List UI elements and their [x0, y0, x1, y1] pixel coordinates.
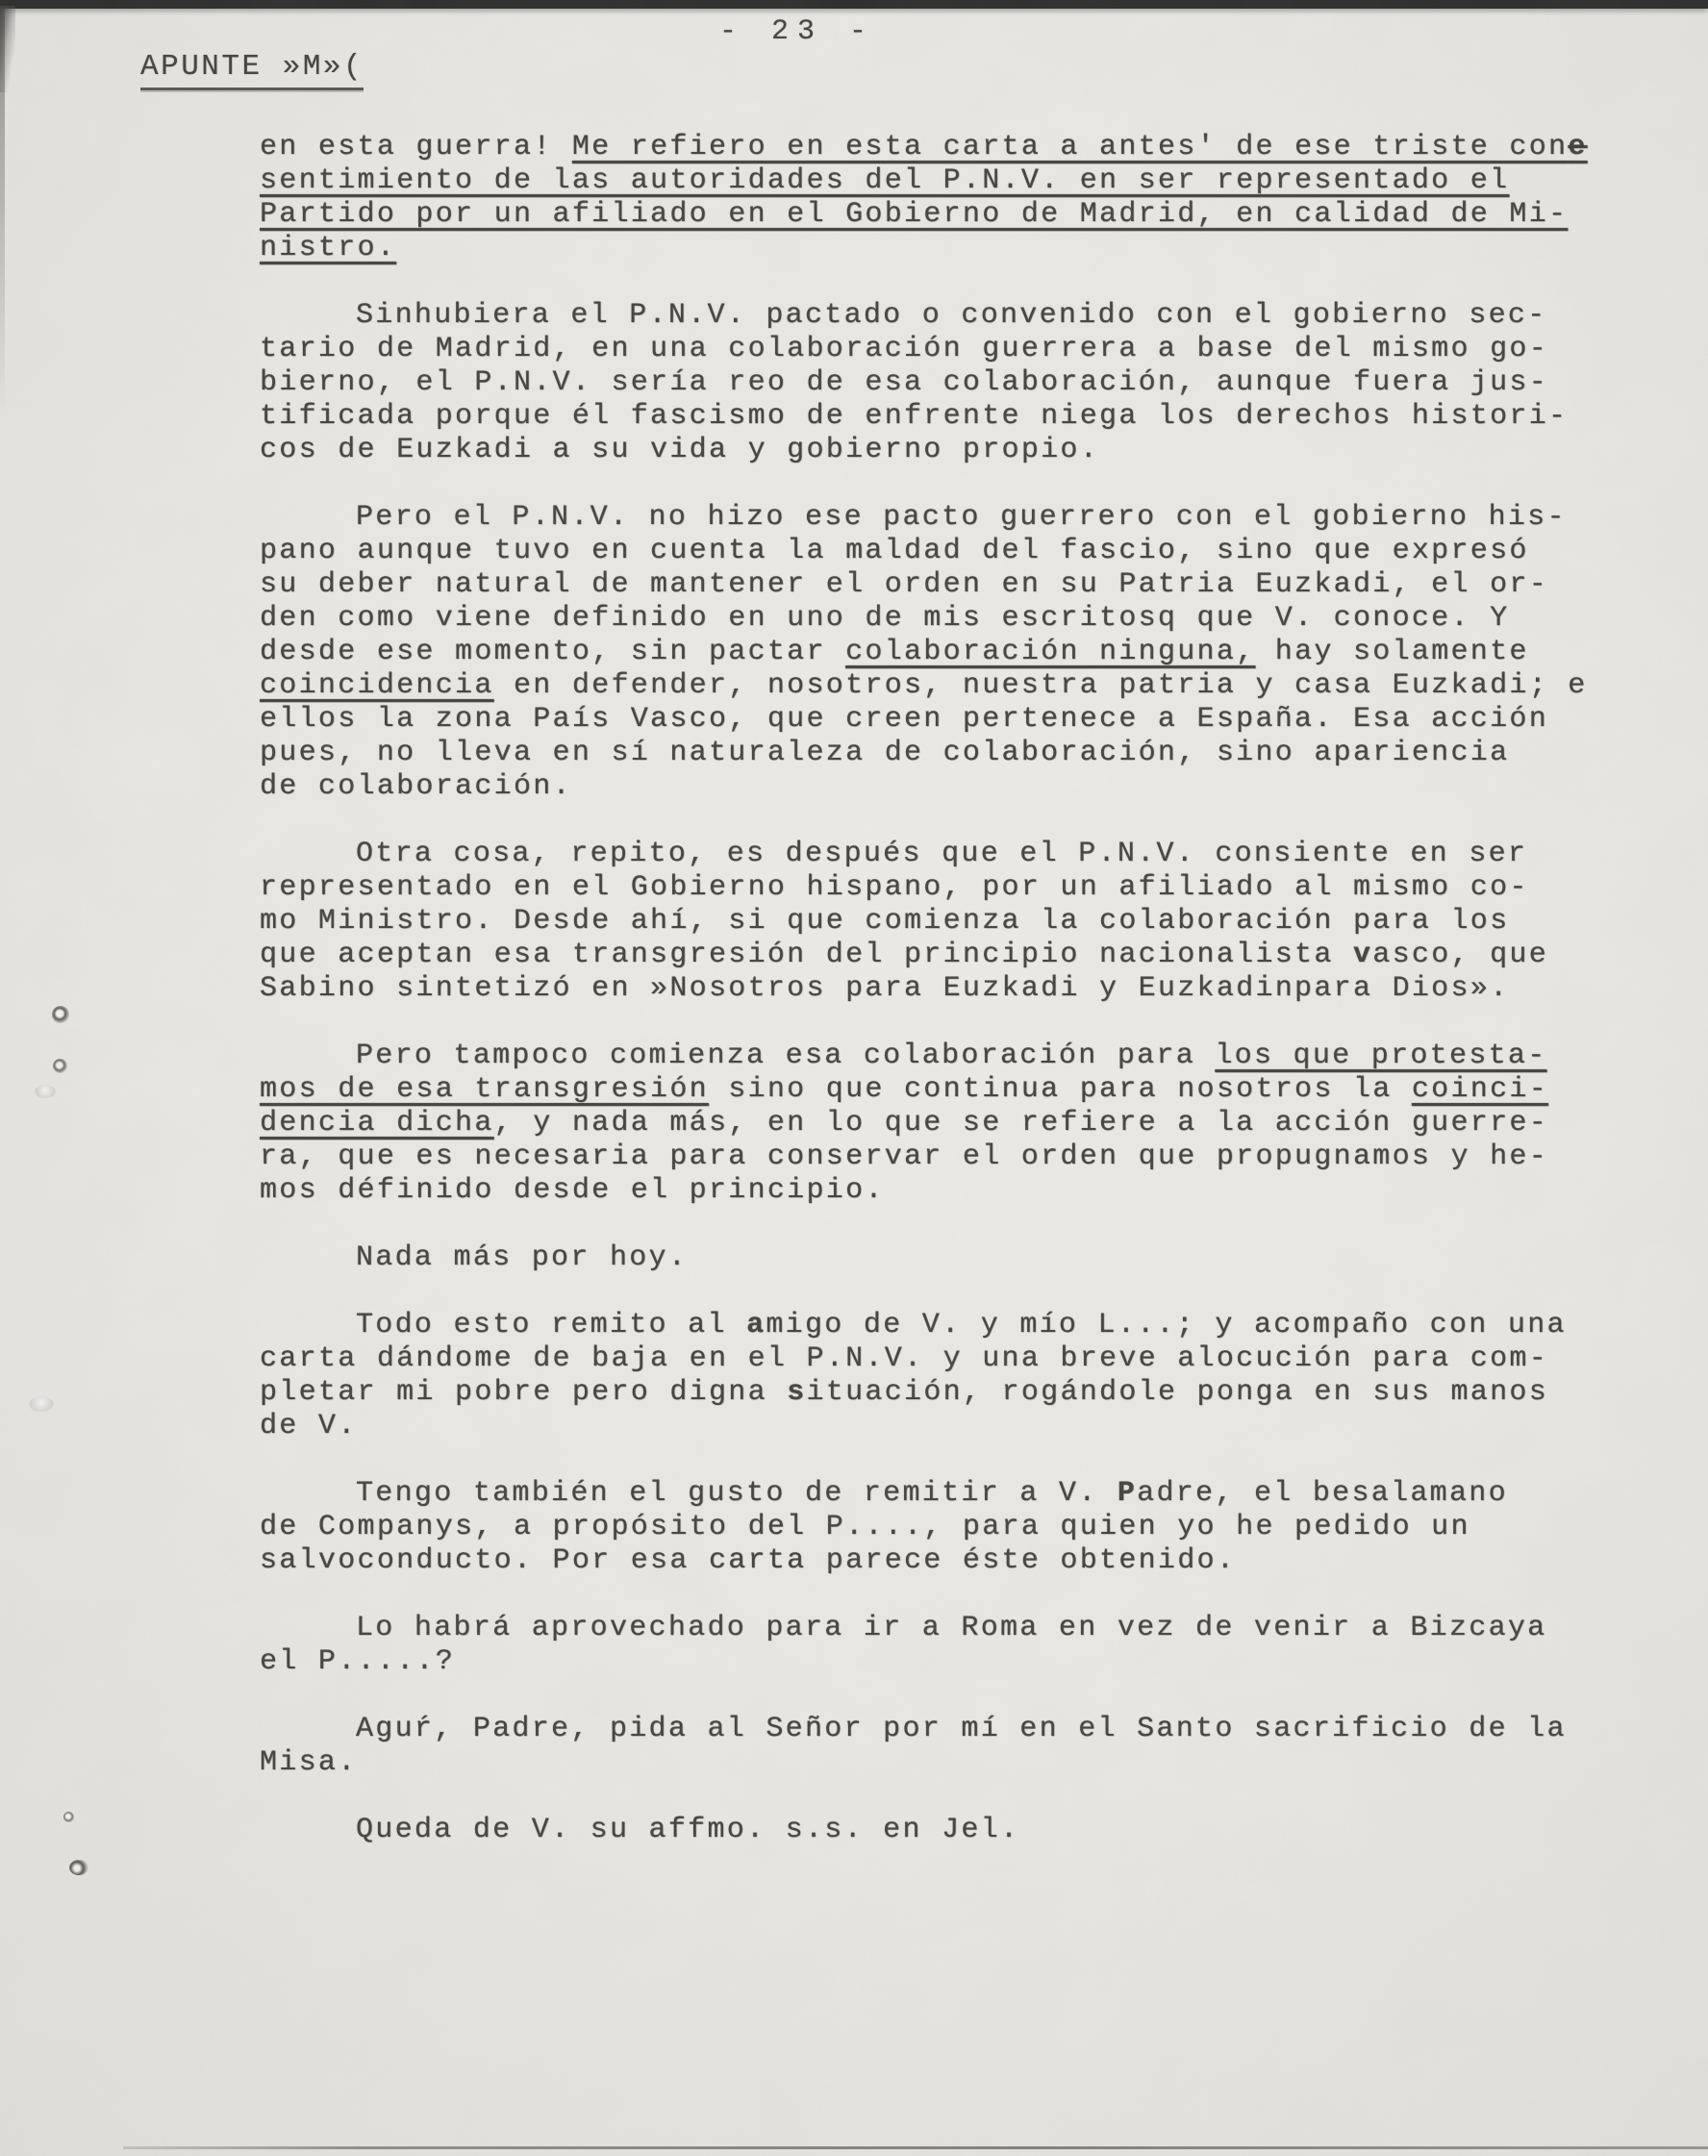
text-line: Queda de V. su affmo. s.s. en Jel.	[260, 1814, 1635, 1847]
text-segment: sentimiento de las autoridades del P.N.V…	[260, 164, 1509, 197]
text-line: pues, no lleva en sí naturaleza de colab…	[260, 737, 1635, 770]
text-line: tario de Madrid, en una colaboración gue…	[260, 333, 1635, 366]
text-segment: v	[1353, 939, 1372, 971]
text-segment: a	[746, 1309, 766, 1341]
text-segment: den como viene definido en uno de mis es…	[260, 602, 1509, 635]
paper-speck	[53, 1059, 67, 1073]
text-line: salvoconducto. Por esa carta parece éste…	[260, 1544, 1635, 1578]
text-segment: Sabino sintetizó en »Nosotros para Euzka…	[260, 972, 1509, 1005]
paper-speck	[52, 1006, 69, 1023]
text-line: mos de esa transgresión sino que continu…	[260, 1073, 1635, 1107]
text-segment: desde ese momento, sin pactar	[260, 636, 845, 668]
text-line: pletar mi pobre pero digna situación, ro…	[260, 1376, 1635, 1410]
text-line: que aceptan esa transgresión del princip…	[260, 939, 1635, 972]
scanned-document-page: - 23 - APUNTE »M»( en esta guerra! Me re…	[0, 0, 1708, 2156]
text-segment: coinci-	[1412, 1073, 1548, 1106]
document-heading: APUNTE »M»(	[140, 50, 364, 90]
text-line: Todo esto remito al amigo de V. y mío L.…	[260, 1309, 1635, 1342]
text-segment: de V.	[260, 1410, 358, 1442]
text-segment: ra, que es necesaria para conservar el o…	[260, 1141, 1548, 1173]
text-line: su deber natural de mantener el orden en…	[260, 568, 1635, 602]
paragraph: Todo esto remito al amigo de V. y mío L.…	[260, 1309, 1635, 1443]
text-line: Pero el P.N.V. no hizo ese pacto guerrer…	[260, 501, 1635, 535]
text-segment: Misa.	[260, 1746, 358, 1779]
text-segment: Pero tampoco comienza esa colaboración p…	[356, 1040, 1215, 1072]
text-line: ra, que es necesaria para conservar el o…	[260, 1141, 1635, 1174]
text-line: coincidencia en defender, nosotros, nues…	[260, 669, 1635, 703]
text-segment: en defender, nosotros, nuestra patria y …	[494, 669, 1588, 702]
text-segment: Todo esto remito al	[356, 1309, 746, 1341]
paragraph: Pero el P.N.V. no hizo ese pacto guerrer…	[260, 501, 1635, 804]
text-segment: en esta guerra!	[260, 131, 572, 163]
paragraph: Lo habrá aprovechado para ir a Roma en v…	[260, 1612, 1635, 1679]
text-line: Sabino sintetizó en »Nosotros para Euzka…	[260, 972, 1635, 1006]
text-segment: Lo habrá aprovechado para ir a Roma en v…	[356, 1612, 1546, 1644]
text-segment: nistro.	[260, 232, 396, 264]
scan-edge-top	[0, 0, 1708, 9]
text-segment: coincidencia	[260, 669, 494, 702]
paragraph: en esta guerra! Me refiero en esta carta…	[260, 131, 1635, 265]
text-line: Misa.	[260, 1746, 1635, 1780]
text-line: Lo habrá aprovechado para ir a Roma en v…	[260, 1612, 1635, 1645]
text-line: desde ese momento, sin pactar colaboraci…	[260, 636, 1635, 669]
text-line: de V.	[260, 1410, 1635, 1443]
text-line: tificada porque él fascismo de enfrente …	[260, 400, 1635, 434]
text-segment: mo Ministro. Desde ahí, si que comienza …	[260, 905, 1509, 938]
text-segment: Tengo también el gusto de remitir a V.	[356, 1477, 1118, 1510]
text-line: de Companys, a propósito del P...., para…	[260, 1511, 1635, 1544]
text-segment: Aguŕ, Padre, pida al Señor por mí en el …	[356, 1713, 1567, 1745]
text-line: de colaboración.	[260, 770, 1635, 804]
text-segment: representado en el Gobierno hispano, por…	[260, 871, 1529, 904]
document-body: en esta guerra! Me refiero en esta carta…	[260, 131, 1635, 1881]
text-segment: mos définido desde el principio.	[260, 1174, 885, 1207]
text-segment: tario de Madrid, en una colaboración gue…	[260, 333, 1548, 365]
text-line: Sinhubiera el P.N.V. pactado o convenido…	[260, 299, 1635, 333]
text-line: den como viene definido en uno de mis es…	[260, 602, 1635, 636]
text-line: cos de Euzkadi a su vida y gobierno prop…	[260, 434, 1635, 467]
scan-edge-left	[0, 9, 5, 413]
text-line: Nada más por hoy.	[260, 1241, 1635, 1275]
paragraph: Aguŕ, Padre, pida al Señor por mí en el …	[260, 1713, 1635, 1780]
text-segment: de Companys, a propósito del P...., para…	[260, 1511, 1470, 1543]
text-segment: adre, el besalamano	[1137, 1477, 1508, 1510]
text-segment: cos de Euzkadi a su vida y gobierno prop…	[260, 434, 1099, 466]
text-segment: Me refiero en esta carta a antes' de ese…	[572, 131, 1568, 163]
text-segment: e	[1568, 131, 1587, 163]
text-segment: salvoconducto. Por esa carta parece éste…	[260, 1544, 1236, 1577]
text-segment: dencia dicha	[260, 1107, 494, 1140]
page-number: - 23 -	[719, 15, 875, 48]
text-line: ellos la zona País Vasco, que creen pert…	[260, 703, 1635, 737]
text-line: Pero tampoco comienza esa colaboración p…	[260, 1040, 1635, 1073]
text-segment: P	[1118, 1477, 1137, 1510]
text-segment: mos de esa transgresión	[260, 1073, 709, 1106]
text-segment: asco, que	[1372, 939, 1548, 971]
text-segment: carta dándome de baja en el P.N.V. y una…	[260, 1342, 1548, 1375]
scan-edge-bottom	[123, 2146, 1708, 2149]
text-line: pano aunque tuvo en cuenta la maldad del…	[260, 535, 1635, 568]
text-segment: migo de V. y mío L...; y acompaño con un…	[766, 1309, 1566, 1341]
text-line: carta dándome de baja en el P.N.V. y una…	[260, 1342, 1635, 1376]
text-segment: de colaboración.	[260, 770, 572, 803]
text-segment: pletar mi pobre pero digna	[260, 1376, 787, 1409]
text-segment: Sinhubiera el P.N.V. pactado o convenido…	[356, 299, 1546, 332]
paper-dent	[35, 1085, 56, 1098]
text-segment: que aceptan esa transgresión del princip…	[260, 939, 1353, 971]
paragraph: Pero tampoco comienza esa colaboración p…	[260, 1040, 1635, 1208]
text-line: Partido por un afiliado en el Gobierno d…	[260, 198, 1635, 232]
text-line: nistro.	[260, 232, 1635, 265]
paper-speck	[63, 1812, 74, 1822]
text-line: Tengo también el gusto de remitir a V. P…	[260, 1477, 1635, 1511]
text-line: mos définido desde el principio.	[260, 1174, 1635, 1208]
text-segment: pano aunque tuvo en cuenta la maldad del…	[260, 535, 1529, 567]
text-segment: Otra cosa, repito, es después que el P.N…	[356, 838, 1527, 870]
text-segment: bierno, el P.N.V. sería reo de esa colab…	[260, 366, 1548, 399]
text-segment: Pero el P.N.V. no hizo ese pacto guerrer…	[356, 501, 1567, 534]
text-line: representado en el Gobierno hispano, por…	[260, 871, 1635, 905]
text-segment: tificada porque él fascismo de enfrente …	[260, 400, 1568, 433]
text-line: dencia dicha, y nada más, en lo que se r…	[260, 1107, 1635, 1141]
text-segment: Queda de V. su affmo. s.s. en Jel.	[356, 1814, 1019, 1846]
text-segment: su deber natural de mantener el orden en…	[260, 568, 1548, 601]
text-segment: hay solamente	[1255, 636, 1528, 668]
text-line: Otra cosa, repito, es después que el P.N…	[260, 838, 1635, 871]
text-segment: Nada más por hoy.	[356, 1241, 688, 1274]
text-segment: el P.....?	[260, 1645, 455, 1678]
text-line: Aguŕ, Padre, pida al Señor por mí en el …	[260, 1713, 1635, 1746]
text-segment: pues, no lleva en sí naturaleza de colab…	[260, 737, 1509, 769]
text-segment: sino que continua para nosotros la	[709, 1073, 1412, 1106]
paper-speck	[69, 1860, 88, 1875]
text-segment: los que protesta-	[1215, 1040, 1546, 1072]
text-line: bierno, el P.N.V. sería reo de esa colab…	[260, 366, 1635, 400]
paragraph: Nada más por hoy.	[260, 1241, 1635, 1275]
paragraph: Tengo también el gusto de remitir a V. P…	[260, 1477, 1635, 1578]
paper-dent	[29, 1396, 54, 1412]
text-line: el P.....?	[260, 1645, 1635, 1679]
text-segment: ellos la zona País Vasco, que creen pert…	[260, 703, 1548, 736]
text-segment: Partido por un afiliado en el Gobierno d…	[260, 198, 1568, 231]
text-line: sentimiento de las autoridades del P.N.V…	[260, 164, 1635, 198]
text-segment: ituación, rogándole ponga en sus manos	[807, 1376, 1549, 1409]
paragraph: Otra cosa, repito, es después que el P.N…	[260, 838, 1635, 1006]
paragraph: Sinhubiera el P.N.V. pactado o convenido…	[260, 299, 1635, 467]
text-segment: colaboración ninguna,	[845, 636, 1255, 668]
paragraph: Queda de V. su affmo. s.s. en Jel.	[260, 1814, 1635, 1847]
text-segment: s	[787, 1376, 806, 1409]
text-line: mo Ministro. Desde ahí, si que comienza …	[260, 905, 1635, 939]
text-line: en esta guerra! Me refiero en esta carta…	[260, 131, 1635, 164]
text-segment: , y nada más, en lo que se refiere a la …	[494, 1107, 1548, 1140]
